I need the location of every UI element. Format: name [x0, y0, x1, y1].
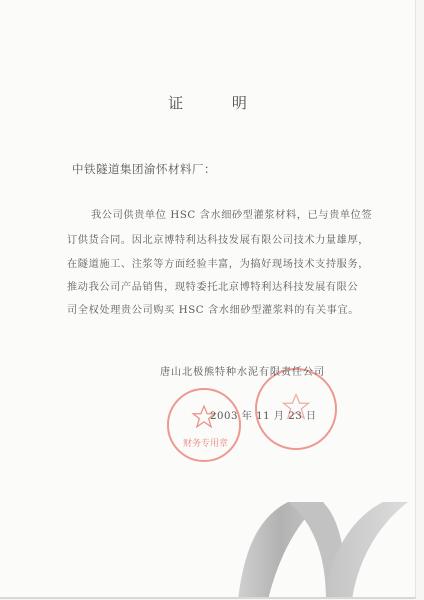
body-line-3: 在隧道施工、注浆等方面经验丰富，为搞好现场技术支持服务， — [67, 255, 369, 270]
signature-line: 唐山北极熊特种水泥有限责任公司 — [160, 363, 325, 378]
body-line-4: 推动我公司产品销售，现特委托北京博特利达科技发展有限公 — [67, 278, 358, 293]
body-line-1: 我公司供贵单位 HSC 含水细砂型灌浆材料，已与贵单位签 — [91, 206, 372, 221]
financial-seal-label: 财务专用章 — [183, 436, 228, 449]
recipient-line: 中铁隧道集团渝怀材料厂： — [72, 161, 216, 177]
page-title: 证 明 — [0, 92, 415, 113]
document-page: 证 明 中铁隧道集团渝怀材料厂： 我公司供贵单位 HSC 含水细砂型灌浆材料，已… — [0, 0, 416, 599]
body-line-2: 订供货合同。因北京博特利达科技发展有限公司技术力量雄厚， — [67, 231, 369, 246]
financial-seal-stamp: 财务专用章 — [167, 388, 241, 462]
body-line-5: 司全权处理贵公司购买 HSC 含水细砂型灌浆料的有关事宜。 — [67, 301, 359, 316]
arch-logo-icon — [228, 490, 408, 599]
date-line: 2003 年 11 月 23 日 — [210, 407, 317, 422]
